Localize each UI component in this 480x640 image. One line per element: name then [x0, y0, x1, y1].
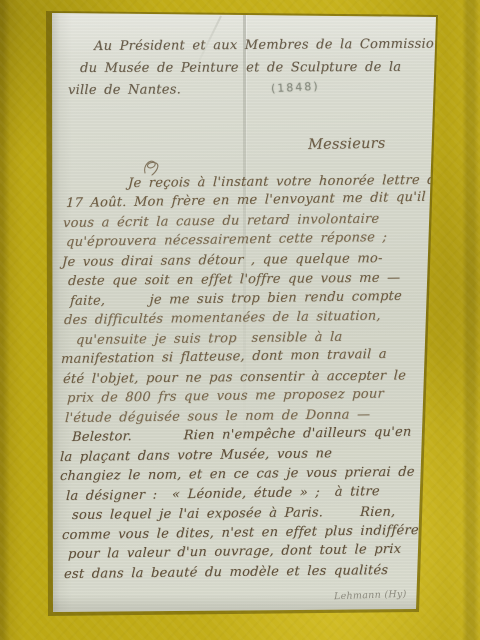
pencil-annotation: Lehmann (Hy) [334, 589, 407, 603]
handwritten-line: pour la valeur d'un ouvrage, dont tout l… [68, 542, 402, 562]
handwritten-line: vous a écrit la cause du retard involont… [63, 212, 380, 231]
address-line: ville de Nantes. [68, 82, 181, 98]
handwritten-line: Je vous dirai sans détour , que quelque … [62, 251, 383, 270]
handwritten-line: deste que soit en effet l'offre que vous… [68, 271, 401, 289]
handwritten-line: manifestation si flatteuse, dont mon tra… [61, 347, 387, 367]
letter-paper: Au Président et aux Membres de la Commis… [0, 0, 480, 640]
salutation: Messieurs [308, 136, 386, 153]
handwritten-line: est dans la beauté du modèle et les qual… [64, 563, 389, 582]
handwritten-line: été l'objet, pour ne pas consentir à acc… [63, 368, 407, 387]
handwritten-line: faite, je me suis trop bien rendu compte [70, 289, 403, 309]
photo-backdrop: Au Président et aux Membres de la Commis… [0, 0, 480, 640]
handwritten-line: 17 Août. Mon frère en me l'envoyant me d… [66, 190, 426, 211]
handwritten-line: Belestor. Rien n'empêche d'ailleurs qu'e… [72, 425, 412, 445]
handwritten-line: sous lequel je l'ai exposée à Paris. Rie… [72, 505, 396, 523]
handwritten-line: Je reçois à l'instant votre honorée lett… [128, 173, 445, 191]
year-stamp: (1848) [271, 80, 320, 96]
handwritten-line: prix de 800 frs que vous me proposez pou… [67, 387, 384, 406]
address-line: Au Président et aux Membres de la Commis… [94, 37, 443, 54]
handwritten-line: qu'éprouvera nécessairement cette répons… [66, 230, 388, 250]
handwritten-line: la plaçant dans votre Musée, vous ne [60, 446, 333, 465]
handwritten-line: l'étude déguisée sous le nom de Donna — [65, 407, 371, 426]
handwritten-line: la désigner : « Léonide, étude » ; à tit… [66, 484, 380, 504]
handwritten-line: comme vous le dites, n'est en effet plus… [62, 523, 434, 543]
handwritten-line: qu'ensuite je suis trop sensible à la [76, 330, 343, 348]
address-line: du Musée de Peinture et de Sculpture de … [80, 60, 401, 76]
handwritten-line: changiez le nom, et en ce cas je vous pr… [60, 465, 415, 484]
handwritten-line: des difficultés momentanées de la situat… [64, 309, 381, 328]
